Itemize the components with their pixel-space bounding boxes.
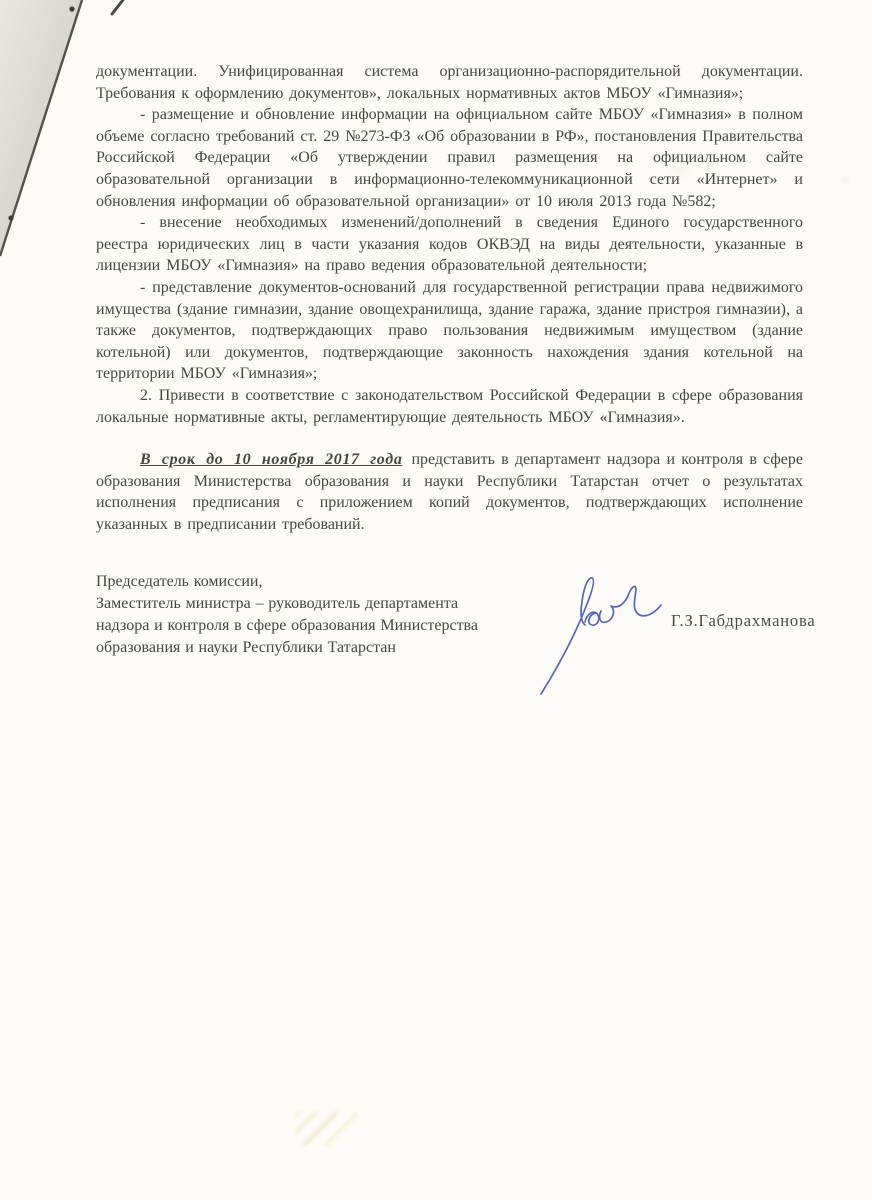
document-body: документации. Унифицированная система ор… [96, 61, 803, 659]
paragraph-property-docs: - представление документов-оснований для… [96, 277, 803, 385]
deadline-paragraph: В срок до 10 ноября 2017 годапредставить… [96, 449, 803, 535]
paragraph-egrul-okved: - внесение необходимых изменений/дополне… [96, 212, 803, 277]
signature-title-block: Председатель комиссии, Заместитель минис… [96, 571, 526, 659]
signature-title-line: Председатель комиссии, [96, 571, 526, 593]
scanned-document-page: документации. Унифицированная система ор… [0, 0, 872, 1200]
deadline-date-emphasis: В срок до 10 ноября 2017 года [140, 451, 402, 468]
paragraph-site-info: - размещение и обновление информации на … [96, 104, 803, 212]
signature-title-line: образования и науки Республики Татарстан [96, 637, 526, 659]
signer-name: Г.З.Габдрахманова [671, 611, 816, 631]
handwritten-signature [534, 570, 674, 700]
paragraph-continuation: документации. Унифицированная система ор… [96, 61, 803, 104]
signature-title-line: надзора и контроля в сфере образования М… [96, 615, 526, 637]
yellow-smudge [296, 1112, 358, 1146]
signature-title-line: Заместитель министра – руководитель депа… [96, 593, 526, 615]
paragraph-item-2: 2. Привести в соответствие с законодател… [96, 385, 803, 428]
